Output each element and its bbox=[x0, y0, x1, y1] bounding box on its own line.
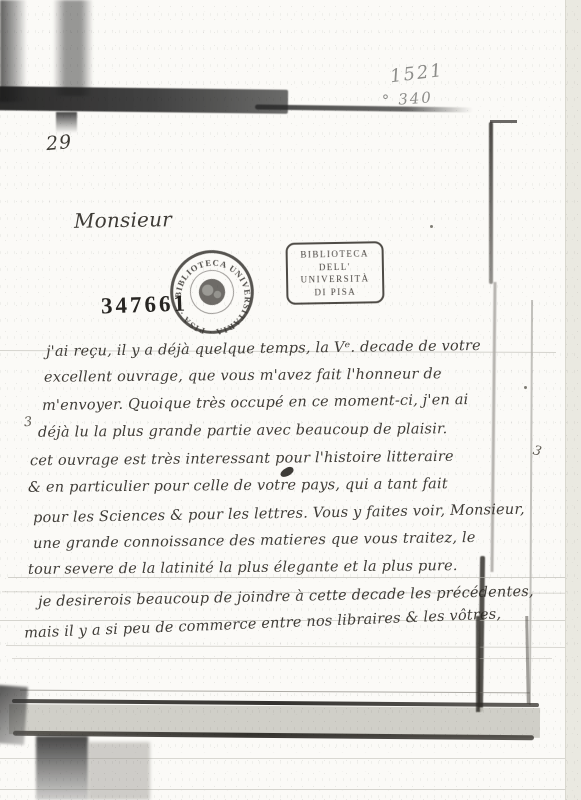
ink-speck bbox=[524, 386, 527, 389]
top-edge-dark-band bbox=[0, 86, 288, 114]
rect-stamp-line: DI PISA bbox=[314, 285, 356, 298]
margin-mark-left: 3 bbox=[23, 415, 33, 431]
letter-line: mais il y a si peu de commerce entre nos… bbox=[24, 606, 502, 641]
letter-line: tour severe de la latinité la plus élega… bbox=[28, 558, 458, 578]
ink-speck bbox=[430, 225, 433, 228]
pencil-note-number: ° 340 bbox=[381, 88, 433, 110]
letter-line: pour les Sciences & pour les lettres. Vo… bbox=[33, 502, 525, 527]
scan-line bbox=[12, 658, 552, 659]
page-fold-tick bbox=[490, 120, 517, 123]
top-edge-stub bbox=[56, 112, 77, 133]
letter-line: déjà lu la plus grande partie avec beauc… bbox=[38, 421, 447, 441]
letter-salutation: Monsieur bbox=[74, 207, 172, 233]
rect-library-stamp: BIBLIOTECA DELL' UNIVERSITÀ DI PISA bbox=[285, 241, 384, 305]
pencil-note-shelfmark: 1521 bbox=[389, 60, 445, 87]
page-fold-line-middle bbox=[490, 282, 496, 572]
page-fold-line-top bbox=[489, 122, 493, 284]
rect-stamp-line: DELL' bbox=[319, 260, 351, 273]
rect-stamp-line: UNIVERSITÀ bbox=[301, 272, 370, 286]
letter-line: une grande connoissance des matieres que… bbox=[33, 530, 476, 552]
rect-stamp-line: BIBLIOTECA bbox=[300, 247, 369, 261]
scanned-letter-page: 1521 ° 340 29 347661 BIBLIOTECA UNIVERSI… bbox=[0, 0, 581, 800]
letter-line: excellent ouvrage, que vous m'avez fait … bbox=[44, 366, 442, 385]
folio-number: 29 bbox=[45, 131, 73, 155]
round-stamp-graphic: BIBLIOTECA UNIVERSITARIA · PISA · bbox=[157, 237, 266, 346]
page-right-edge-line bbox=[529, 300, 533, 705]
bottom-left-smudge bbox=[36, 736, 88, 800]
letter-line: m'envoyer. Quoique très occupé en ce mom… bbox=[42, 392, 469, 414]
scanner-edge-strip bbox=[565, 0, 581, 800]
page-bottom-inner-line bbox=[20, 690, 530, 694]
binding-smudge-left-2 bbox=[53, 0, 93, 96]
letter-line: cet ouvrage est très interessant pour l'… bbox=[30, 449, 454, 469]
round-library-stamp: BIBLIOTECA UNIVERSITARIA · PISA · bbox=[157, 237, 266, 346]
bottom-left-smudge-light bbox=[88, 742, 150, 800]
margin-mark-right: 3 bbox=[531, 443, 543, 460]
letter-line: & en particulier pour celle de votre pay… bbox=[28, 476, 448, 496]
bottom-left-shadow bbox=[0, 685, 28, 745]
letter-line: je desirerois beaucoup de joindre à cett… bbox=[38, 584, 534, 610]
bottom-right-corner-line bbox=[476, 616, 480, 712]
letter-line: j'ai reçu, il y a déjà quelque temps, la… bbox=[46, 338, 481, 360]
